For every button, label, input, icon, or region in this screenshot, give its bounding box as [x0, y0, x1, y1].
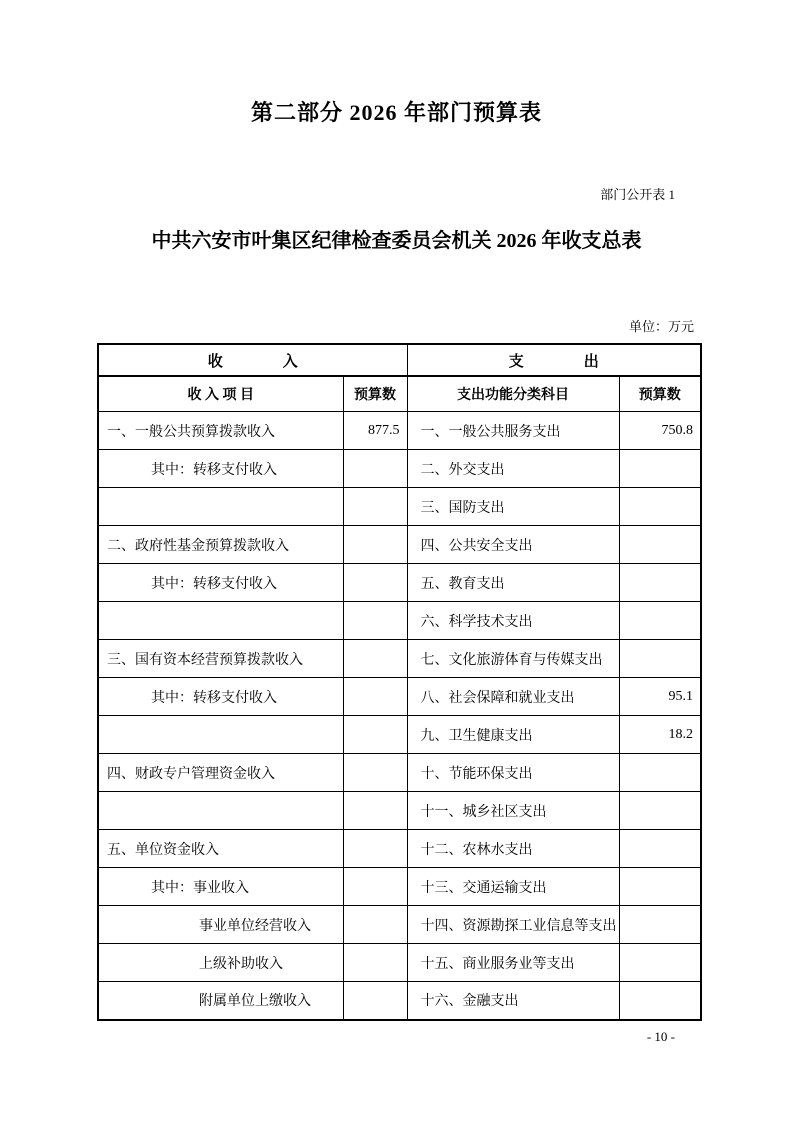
- expense-item-cell: 十一、城乡社区支出: [407, 792, 619, 830]
- income-group-header: 收 入: [98, 344, 407, 376]
- income-item-cell: [98, 792, 343, 830]
- expense-item-cell: 十五、商业服务业等支出: [407, 944, 619, 982]
- income-budget-cell: 877.5: [343, 412, 407, 450]
- income-item-cell: 上级补助收入: [98, 944, 343, 982]
- table-row: 其中：转移支付收入 八、社会保障和就业支出 95.1: [98, 678, 701, 716]
- income-budget-cell: [343, 944, 407, 982]
- expense-budget-cell: [619, 868, 701, 906]
- document-page: 第二部分 2026 年部门预算表 部门公开表 1 中共六安市叶集区纪律检查委员会…: [0, 0, 793, 1122]
- table-reference-label: 部门公开表 1: [600, 184, 675, 203]
- expense-budget-cell: [619, 830, 701, 868]
- table-row: 二、政府性基金预算拨款收入 四、公共安全支出: [98, 526, 701, 564]
- table-row: 其中：转移支付收入 二、外交支出: [98, 450, 701, 488]
- income-budget-cell: [343, 906, 407, 944]
- expense-item-cell: 九、卫生健康支出: [407, 716, 619, 754]
- expense-budget-cell: 18.2: [619, 716, 701, 754]
- col-header-income-item: 收 入 项 目: [98, 376, 343, 412]
- table-row: 一、一般公共预算拨款收入 877.5 一、一般公共服务支出 750.8: [98, 412, 701, 450]
- col-header-expense-item: 支出功能分类科目: [407, 376, 619, 412]
- expense-item-cell: 六、科学技术支出: [407, 602, 619, 640]
- expense-item-cell: 一、一般公共服务支出: [407, 412, 619, 450]
- expense-budget-cell: [619, 944, 701, 982]
- income-item-cell: [98, 488, 343, 526]
- income-item-cell: [98, 602, 343, 640]
- expense-budget-cell: [619, 640, 701, 678]
- expense-budget-cell: [619, 564, 701, 602]
- table-row: 四、财政专户管理资金收入 十、节能环保支出: [98, 754, 701, 792]
- expense-budget-cell: 95.1: [619, 678, 701, 716]
- income-budget-cell: [343, 678, 407, 716]
- table-row: 五、单位资金收入 十二、农林水支出: [98, 830, 701, 868]
- section-title: 第二部分 2026 年部门预算表: [0, 96, 793, 127]
- income-budget-cell: [343, 716, 407, 754]
- income-budget-cell: [343, 450, 407, 488]
- income-item-cell: 其中：转移支付收入: [98, 678, 343, 716]
- income-item-cell: 一、一般公共预算拨款收入: [98, 412, 343, 450]
- income-budget-cell: [343, 602, 407, 640]
- income-item-cell: 其中：事业收入: [98, 868, 343, 906]
- income-budget-cell: [343, 526, 407, 564]
- expense-budget-cell: [619, 906, 701, 944]
- expense-budget-cell: [619, 488, 701, 526]
- table-column-header-row: 收 入 项 目 预算数 支出功能分类科目 预算数: [98, 376, 701, 412]
- page-number: - 10 -: [647, 1029, 675, 1045]
- table-title: 中共六安市叶集区纪律检查委员会机关 2026 年收支总表: [0, 224, 793, 253]
- income-budget-cell: [343, 488, 407, 526]
- income-budget-cell: [343, 830, 407, 868]
- income-item-cell: 事业单位经营收入: [98, 906, 343, 944]
- income-budget-cell: [343, 868, 407, 906]
- income-budget-cell: [343, 982, 407, 1020]
- table-group-header-row: 收 入 支 出: [98, 344, 701, 376]
- table-row: 事业单位经营收入 十四、资源勘探工业信息等支出: [98, 906, 701, 944]
- income-item-cell: 三、国有资本经营预算拨款收入: [98, 640, 343, 678]
- table-row: 其中：事业收入 十三、交通运输支出: [98, 868, 701, 906]
- unit-note: 单位：万元: [629, 316, 694, 335]
- col-header-expense-budget: 预算数: [619, 376, 701, 412]
- expense-item-cell: 七、文化旅游体育与传媒支出: [407, 640, 619, 678]
- budget-summary-table: 收 入 支 出 收 入 项 目 预算数 支出功能分类科目 预算数 一、一般公共预…: [97, 343, 702, 1021]
- expense-item-cell: 四、公共安全支出: [407, 526, 619, 564]
- table-row: 其中：转移支付收入 五、教育支出: [98, 564, 701, 602]
- income-budget-cell: [343, 564, 407, 602]
- income-item-cell: 五、单位资金收入: [98, 830, 343, 868]
- expense-item-cell: 十三、交通运输支出: [407, 868, 619, 906]
- table-row: 附属单位上缴收入 十六、金融支出: [98, 982, 701, 1020]
- income-item-cell: 四、财政专户管理资金收入: [98, 754, 343, 792]
- expense-item-cell: 十四、资源勘探工业信息等支出: [407, 906, 619, 944]
- expense-budget-cell: [619, 526, 701, 564]
- table-row: 十一、城乡社区支出: [98, 792, 701, 830]
- income-item-cell: 附属单位上缴收入: [98, 982, 343, 1020]
- expense-item-cell: 十二、农林水支出: [407, 830, 619, 868]
- income-item-cell: 其中：转移支付收入: [98, 564, 343, 602]
- table-row: 六、科学技术支出: [98, 602, 701, 640]
- expense-budget-cell: [619, 792, 701, 830]
- expense-budget-cell: 750.8: [619, 412, 701, 450]
- table-row: 九、卫生健康支出 18.2: [98, 716, 701, 754]
- income-budget-cell: [343, 792, 407, 830]
- expense-item-cell: 五、教育支出: [407, 564, 619, 602]
- income-item-cell: 其中：转移支付收入: [98, 450, 343, 488]
- table-row: 上级补助收入 十五、商业服务业等支出: [98, 944, 701, 982]
- expense-item-cell: 八、社会保障和就业支出: [407, 678, 619, 716]
- income-budget-cell: [343, 640, 407, 678]
- expense-item-cell: 十六、金融支出: [407, 982, 619, 1020]
- income-item-cell: [98, 716, 343, 754]
- income-item-cell: 二、政府性基金预算拨款收入: [98, 526, 343, 564]
- expense-budget-cell: [619, 754, 701, 792]
- expense-budget-cell: [619, 602, 701, 640]
- table-row: 三、国有资本经营预算拨款收入 七、文化旅游体育与传媒支出: [98, 640, 701, 678]
- table-row: 三、国防支出: [98, 488, 701, 526]
- expense-item-cell: 十、节能环保支出: [407, 754, 619, 792]
- col-header-income-budget: 预算数: [343, 376, 407, 412]
- expense-budget-cell: [619, 982, 701, 1020]
- income-budget-cell: [343, 754, 407, 792]
- expense-group-header: 支 出: [407, 344, 701, 376]
- expense-item-cell: 二、外交支出: [407, 450, 619, 488]
- expense-budget-cell: [619, 450, 701, 488]
- expense-item-cell: 三、国防支出: [407, 488, 619, 526]
